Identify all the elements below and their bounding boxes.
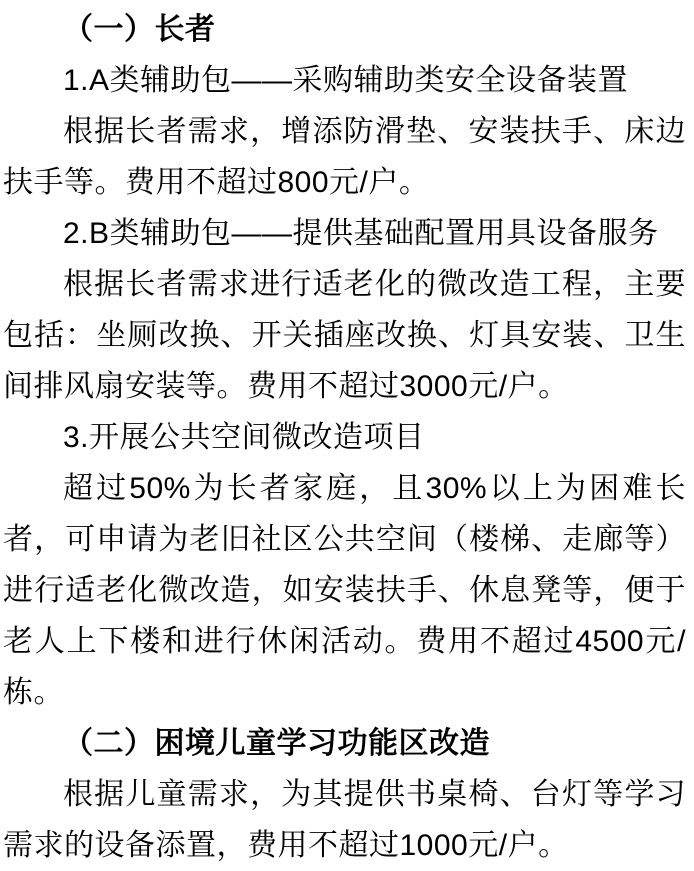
article-body: （一）长者 1.A类辅助包——采购辅助类安全设备装置 根据长者需求，增添防滑垫、… xyxy=(0,0,694,871)
paragraph-a-package-detail: 根据长者需求，增添防滑垫、安装扶手、床边扶手等。费用不超过800元/户。 xyxy=(3,106,686,208)
paragraph-public-space-title: 3.开展公共空间微改造项目 xyxy=(3,412,686,463)
paragraph-b-package-detail: 根据长者需求进行适老化的微改造工程，主要包括：坐厕改换、开关插座改换、灯具安装、… xyxy=(3,259,686,412)
paragraph-b-package-title: 2.B类辅助包——提供基础配置用具设备服务 xyxy=(3,208,686,259)
section-heading-children: （二）困境儿童学习功能区改造 xyxy=(3,718,686,769)
paragraph-a-package-title: 1.A类辅助包——采购辅助类安全设备装置 xyxy=(3,55,686,106)
paragraph-children-detail: 根据儿童需求，为其提供书桌椅、台灯等学习需求的设备添置，费用不超过1000元/户… xyxy=(3,769,686,871)
section-heading-elderly: （一）长者 xyxy=(3,4,686,55)
paragraph-public-space-detail: 超过50%为长者家庭，且30%以上为困难长者，可申请为老旧社区公共空间（楼梯、走… xyxy=(3,463,686,718)
